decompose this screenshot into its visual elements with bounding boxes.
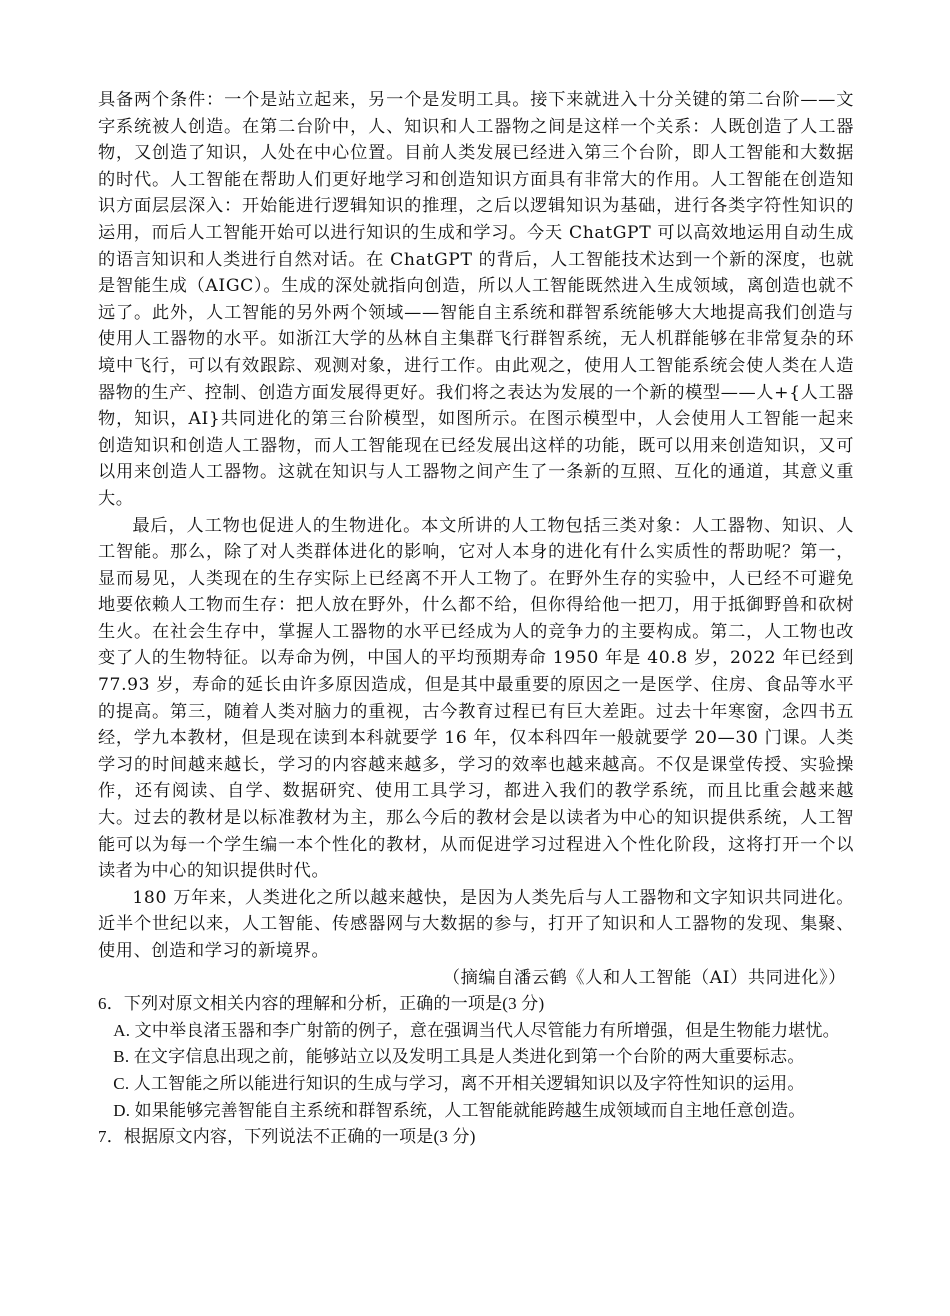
article-paragraph-1: 具备两个条件：一个是站立起来，另一个是发明工具。接下来就进入十分关键的第二台阶—… — [98, 87, 854, 513]
question-6-stem: 6．下列对原文相关内容的理解和分析，正确的一项是(3 分) — [98, 991, 854, 1018]
question-6-option-b: B. 在文字信息出现之前，能够站立以及发明工具是人类进化到第一个台阶的两大重要标… — [98, 1044, 854, 1071]
question-6-option-d: D. 如果能够完善智能自主系统和群智系统，人工智能就能跨越生成领域而自主地任意创… — [98, 1098, 854, 1125]
question-7-stem: 7．根据原文内容，下列说法不正确的一项是(3 分) — [98, 1124, 854, 1151]
question-6-option-a: A. 文中举良渚玉器和李广射箭的例子，意在强调当代人尽管能力有所增强，但是生物能… — [98, 1018, 854, 1045]
question-6-option-c: C. 人工智能之所以能进行知识的生成与学习，离不开相关逻辑知识以及字符性知识的运… — [98, 1071, 854, 1098]
source-citation: （摘编自潘云鹤《人和人工智能（AI）共同进化》） — [98, 965, 854, 992]
article-paragraph-3: 180 万年来，人类进化之所以越来越快，是因为人类先后与人工器物和文字知识共同进… — [98, 885, 854, 965]
exam-page: 具备两个条件：一个是站立起来，另一个是发明工具。接下来就进入十分关键的第二台阶—… — [98, 87, 854, 1151]
article-paragraph-2: 最后，人工物也促进人的生物进化。本文所讲的人工物包括三类对象：人工器物、知识、人… — [98, 513, 854, 885]
question-7: 7．根据原文内容，下列说法不正确的一项是(3 分) — [98, 1124, 854, 1151]
question-6: 6．下列对原文相关内容的理解和分析，正确的一项是(3 分) A. 文中举良渚玉器… — [98, 991, 854, 1124]
